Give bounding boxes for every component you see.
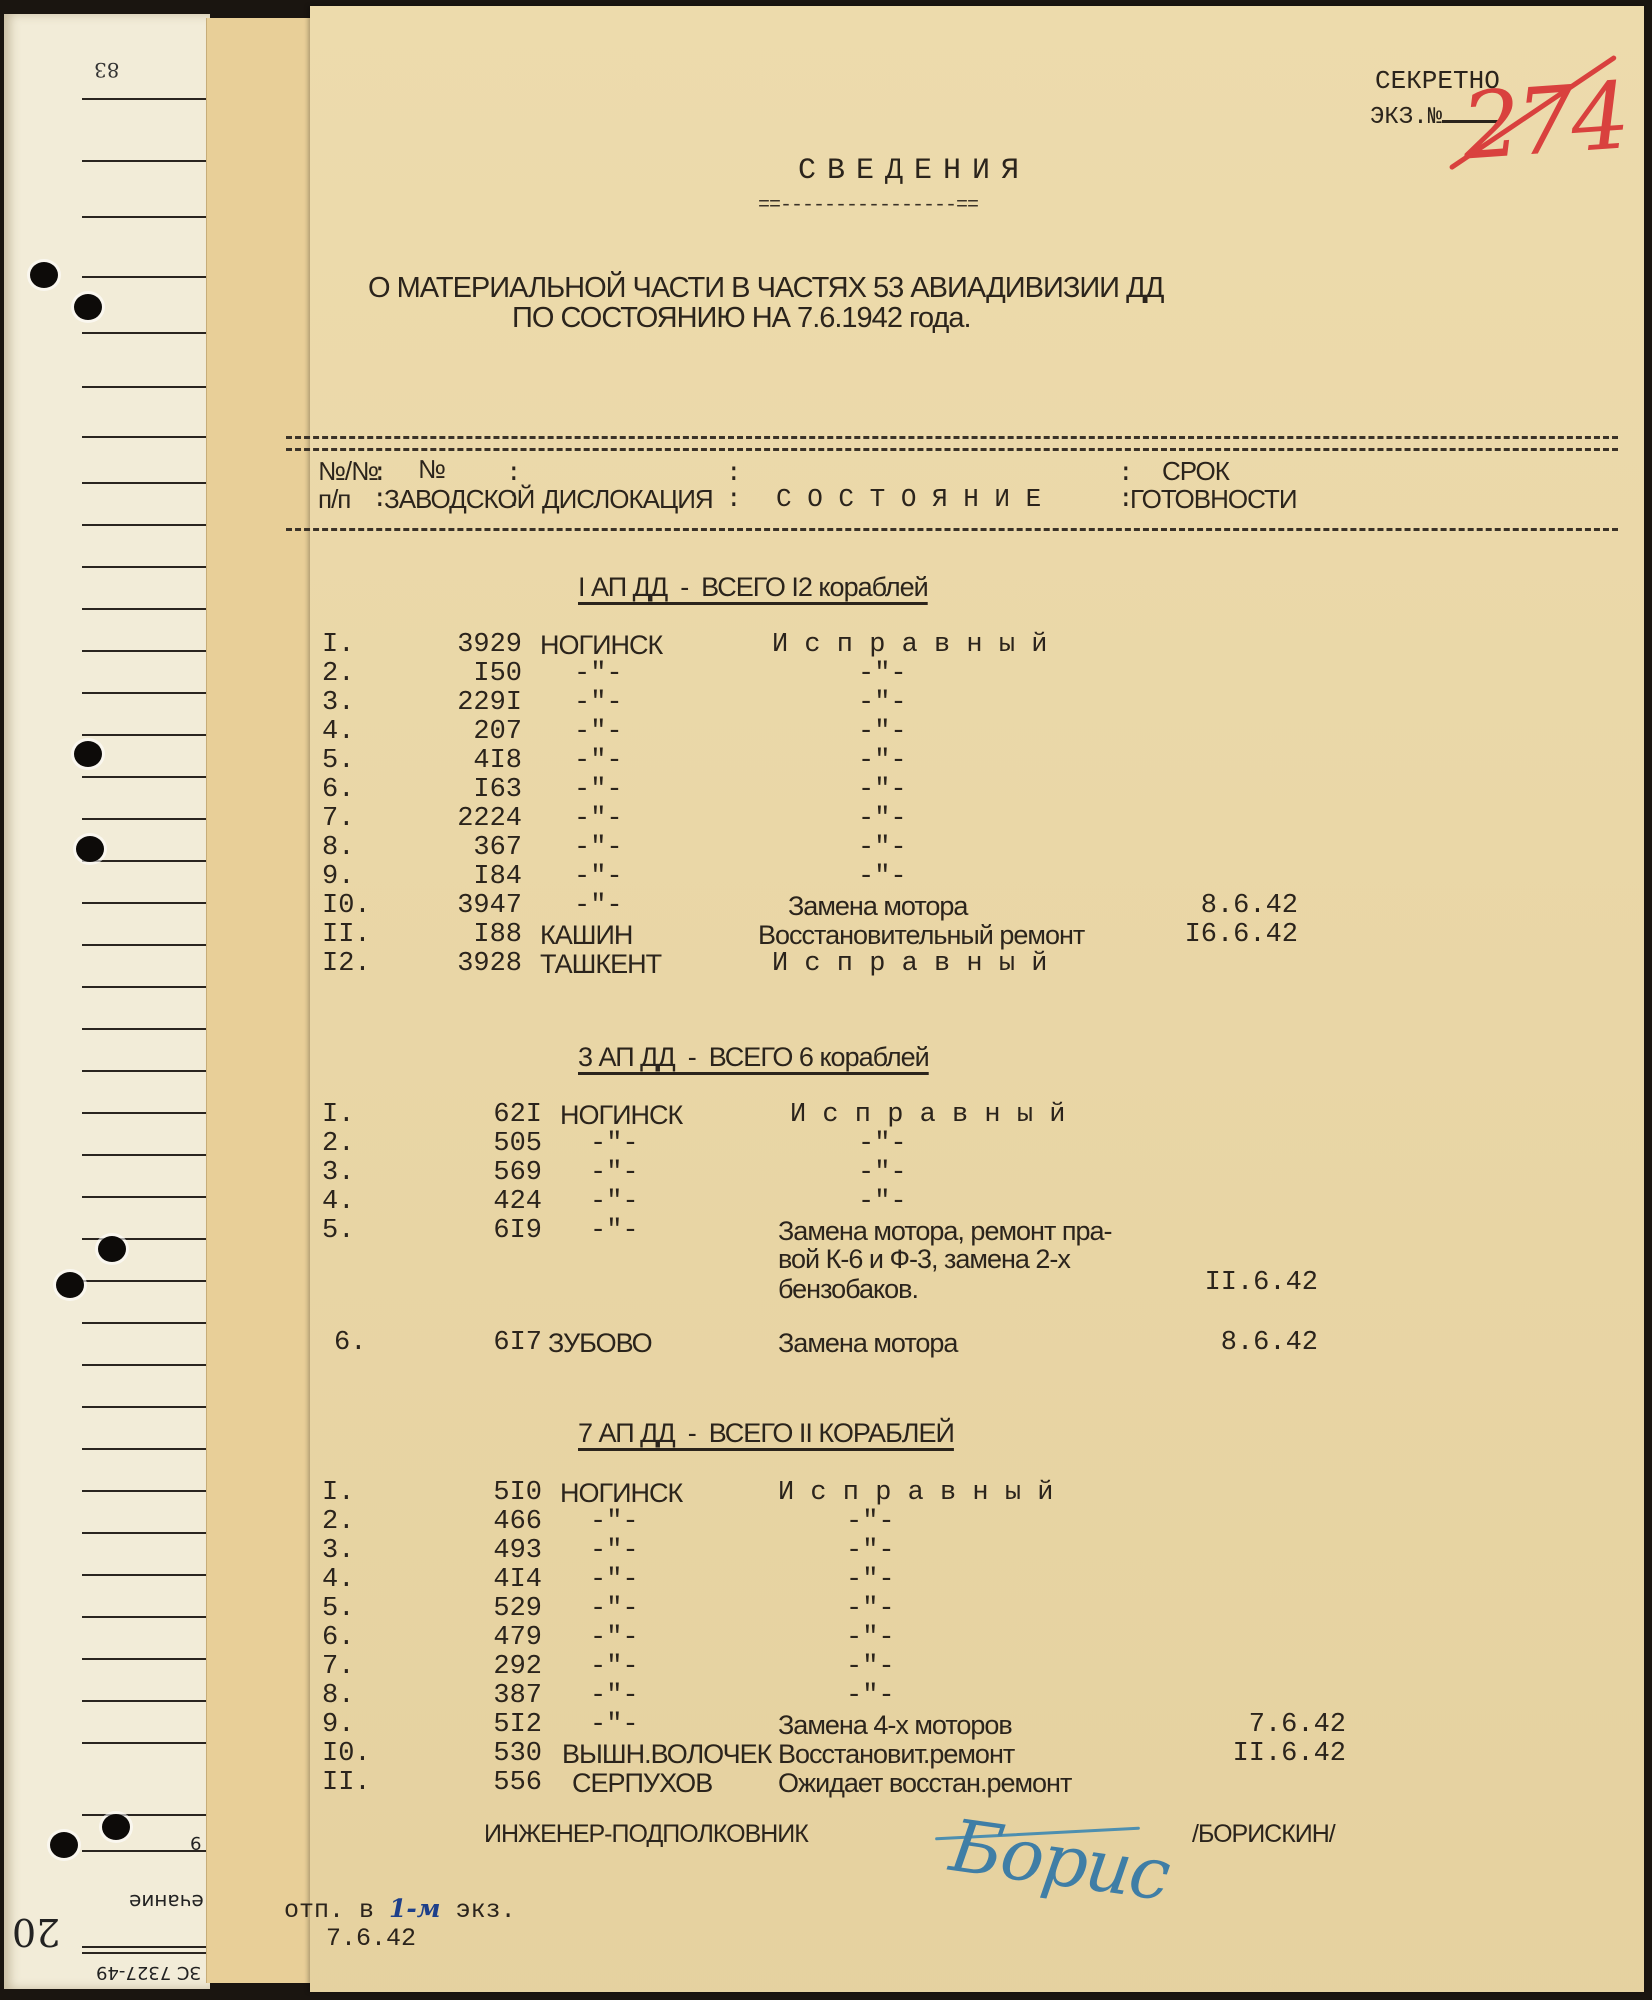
factory-number: 424 — [422, 1187, 542, 1217]
row-number: 7. — [322, 804, 354, 834]
factory-number: 556 — [422, 1768, 542, 1798]
row-number: 2. — [322, 659, 354, 689]
table-row: 3.229I-"--"- — [310, 688, 1644, 718]
location: -"- — [590, 1652, 639, 1682]
factory-number: 6I7 — [422, 1328, 542, 1358]
subtitle-line-2: ПО СОСТОЯНИЮ НА 7.6.1942 года. — [512, 302, 971, 335]
factory-number: 505 — [422, 1129, 542, 1159]
copies-note: отп. в 1-м экз. — [284, 1894, 516, 1925]
ledger-rule — [82, 1574, 210, 1576]
status: Ожидает восстан.ремонт — [778, 1768, 1071, 1799]
factory-number: 6I9 — [422, 1216, 542, 1246]
location: -"- — [590, 1681, 639, 1711]
location: НОГИНСК — [560, 1100, 682, 1131]
row-number: 5. — [322, 1216, 354, 1246]
ledger-rule — [82, 1946, 210, 1948]
table-row: 7.2224-"--"- — [310, 804, 1644, 834]
table-row: 9.I84-"--"- — [310, 862, 1644, 892]
section-title-3ap: 3 АП ДД - ВСЕГО 6 кораблей — [578, 1042, 929, 1073]
ledger-rule — [82, 1406, 210, 1408]
ledger-rule — [82, 1658, 210, 1660]
table-row: II.556СЕРПУХОВОжидает восстан.ремонт — [310, 1768, 1644, 1798]
status: -"- — [846, 1623, 895, 1653]
row-number: 2. — [322, 1507, 354, 1537]
table-row: 7.292-"--"- — [310, 1652, 1644, 1682]
status: И с п р а в н ы й — [778, 1478, 1053, 1508]
table-row: 5.6I9-"-Замена мотора, ремонт пра-вой К-… — [310, 1216, 1644, 1306]
table-header-top-rule — [286, 436, 1618, 451]
table-row: 5.4I8-"--"- — [310, 746, 1644, 776]
location: -"- — [574, 688, 623, 718]
status: -"- — [846, 1536, 895, 1566]
status: Восстановительный ремонт — [758, 920, 1084, 951]
status: -"- — [858, 775, 907, 805]
copy-label-text: ЭКЗ.№ — [1370, 104, 1442, 131]
status: -"- — [858, 1158, 907, 1188]
ledger-rule — [82, 386, 210, 388]
status: -"- — [858, 862, 907, 892]
ledger-rule — [82, 1742, 210, 1744]
location: -"- — [590, 1710, 639, 1740]
ledger-rule — [82, 1070, 210, 1072]
factory-number: 4I4 — [422, 1565, 542, 1595]
ledger-rule — [82, 332, 210, 334]
location: -"- — [590, 1565, 639, 1595]
table-row: 3.569-"--"- — [310, 1158, 1644, 1188]
status: -"- — [858, 804, 907, 834]
row-number: 5. — [322, 746, 354, 776]
row-number: 3. — [322, 1158, 354, 1188]
punch-hole — [98, 1236, 126, 1262]
factory-number: I84 — [402, 862, 522, 892]
row-number: I. — [322, 1478, 354, 1508]
table-row: 5.529-"--"- — [310, 1594, 1644, 1624]
location: -"- — [590, 1536, 639, 1566]
section-title-7ap: 7 АП ДД - ВСЕГО II КОРАБЛЕЙ — [578, 1418, 954, 1449]
table-row: I.62IНОГИНСКИ с п р а в н ы й — [310, 1100, 1644, 1130]
punch-hole — [56, 1272, 84, 1298]
table-row: 4.424-"--"- — [310, 1187, 1644, 1217]
table-row: I.5I0НОГИНСКИ с п р а в н ы й — [310, 1478, 1644, 1508]
copies-prefix: отп. в — [284, 1896, 374, 1925]
location: -"- — [590, 1216, 639, 1246]
signatory-rank: ИНЖЕНЕР-ПОДПОЛКОВНИК — [484, 1820, 808, 1849]
factory-number: 2224 — [402, 804, 522, 834]
punch-hole — [102, 1814, 130, 1840]
ledger-rule — [82, 650, 210, 652]
ledger-rule — [82, 436, 210, 438]
location: -"- — [574, 891, 623, 921]
status: Замена 4-х моторов — [778, 1710, 1012, 1741]
ledger-rule — [82, 692, 210, 694]
table-row: 8.367-"--"- — [310, 833, 1644, 863]
row-number: 4. — [322, 1565, 354, 1595]
table-row: 8.387-"--"- — [310, 1681, 1644, 1711]
col-number-header-2: п/п — [318, 484, 350, 515]
location: ВЫШН.ВОЛОЧЕК — [562, 1739, 771, 1770]
ledger-rule — [82, 860, 210, 862]
location: НОГИНСК — [540, 630, 662, 661]
status: -"- — [846, 1565, 895, 1595]
factory-number: 5I0 — [422, 1478, 542, 1508]
status: -"- — [858, 746, 907, 776]
ledger-rule — [82, 1196, 210, 1198]
location: -"- — [574, 833, 623, 863]
factory-number: 569 — [422, 1158, 542, 1188]
location: -"- — [590, 1158, 639, 1188]
ledger-rule — [82, 776, 210, 778]
copies-suffix: экз. — [456, 1896, 516, 1925]
subtitle-line-1: О МАТЕРИАЛЬНОЙ ЧАСТИ В ЧАСТЯХ 53 АВИАДИВ… — [368, 272, 1163, 305]
ledger-rule — [82, 1322, 210, 1324]
ledger-bottom-number: 20 — [12, 1910, 60, 1954]
status: И с п р а в н ы й — [790, 1100, 1065, 1130]
ready-date: II.6.42 — [1206, 1739, 1346, 1769]
status-line-2: вой К-6 и Ф-3, замена 2-х — [778, 1244, 1070, 1275]
ledger-rule — [82, 1532, 210, 1534]
ledger-rule — [82, 734, 210, 736]
table-header-bottom-rule — [286, 528, 1618, 531]
factory-number: 493 — [422, 1536, 542, 1566]
punch-hole — [50, 1832, 78, 1858]
ready-date: 8.6.42 — [1158, 891, 1298, 921]
status: И с п р а в н ы й — [772, 630, 1047, 660]
status: -"- — [846, 1594, 895, 1624]
ledger-card: 83 9 ечание 20 ЗС 7327-49 — [4, 14, 210, 1989]
factory-number: 3929 — [402, 630, 522, 660]
title-underline: ==----------------== — [758, 194, 978, 217]
factory-number: 3947 — [402, 891, 522, 921]
table-row: I0.530ВЫШН.ВОЛОЧЕКВосстановит.ремонтII.6… — [310, 1739, 1644, 1769]
col-readiness-header: СРОК — [1162, 456, 1229, 487]
row-number: I2. — [322, 949, 371, 979]
ledger-rule — [82, 1952, 210, 1954]
factory-number: 367 — [402, 833, 522, 863]
row-number: I0. — [322, 891, 371, 921]
handwritten-registration-number: 274 — [1458, 62, 1629, 180]
punch-hole — [74, 294, 102, 320]
factory-number: 229I — [402, 688, 522, 718]
status-line-1: Замена мотора, ремонт пра- — [778, 1216, 1111, 1247]
row-number: I. — [322, 630, 354, 660]
factory-number: 466 — [422, 1507, 542, 1537]
status-line-3: бензобаков. — [778, 1274, 918, 1305]
ready-date: 7.6.42 — [1206, 1710, 1346, 1740]
row-number: I0. — [322, 1739, 371, 1769]
row-number: 7. — [322, 1652, 354, 1682]
factory-number: 387 — [422, 1681, 542, 1711]
row-number: 6. — [334, 1328, 366, 1358]
status: -"- — [858, 688, 907, 718]
ledger-rule — [82, 1814, 210, 1816]
ledger-rule — [82, 1112, 210, 1114]
row-number: 4. — [322, 1187, 354, 1217]
table-row: 6.479-"--"- — [310, 1623, 1644, 1653]
ledger-rule — [82, 160, 210, 162]
ledger-small-digit: 9 — [190, 1832, 201, 1853]
row-number: 6. — [322, 1623, 354, 1653]
col-number-line1: №/№ — [318, 456, 378, 486]
location: -"- — [574, 775, 623, 805]
status: Восстановит.ремонт — [778, 1739, 1014, 1770]
punch-hole — [74, 741, 102, 767]
ledger-rule — [82, 1448, 210, 1450]
column-separator: : — [726, 484, 742, 514]
ready-date: II.6.42 — [1178, 1268, 1318, 1298]
table-row: I.3929НОГИНСКИ с п р а в н ы й — [310, 630, 1644, 660]
ledger-rule — [82, 1280, 210, 1282]
copies-date: 7.6.42 — [326, 1924, 416, 1953]
row-number: II. — [322, 920, 371, 950]
section-title-1ap: I АП ДД - ВСЕГО I2 кораблей — [578, 572, 928, 603]
copies-handwritten: 1-м — [389, 1894, 441, 1923]
col-readiness-header-2: ГОТОВНОСТИ — [1130, 484, 1297, 515]
ledger-rule — [82, 902, 210, 904]
table-row: I2.3928ТАШКЕНТИ с п р а в н ы й — [310, 949, 1644, 979]
row-number: I. — [322, 1100, 354, 1130]
row-number: 8. — [322, 833, 354, 863]
location: -"- — [590, 1594, 639, 1624]
status: -"- — [858, 717, 907, 747]
ledger-word: ечание — [129, 1890, 204, 1914]
row-number: 8. — [322, 1681, 354, 1711]
ledger-rule — [82, 1490, 210, 1492]
location: -"- — [590, 1129, 639, 1159]
ready-date: I6.6.42 — [1158, 920, 1298, 950]
location: -"- — [590, 1507, 639, 1537]
table-row: II.I88КАШИНВосстановительный ремонтI6.6.… — [310, 920, 1644, 950]
ledger-rule — [82, 1616, 210, 1618]
table-row: 4.207-"--"- — [310, 717, 1644, 747]
factory-number: 479 — [422, 1623, 542, 1653]
factory-number: 292 — [422, 1652, 542, 1682]
status: -"- — [858, 659, 907, 689]
location: КАШИН — [540, 920, 632, 951]
status: И с п р а в н ы й — [772, 949, 1047, 979]
row-number: 3. — [322, 688, 354, 718]
ledger-rule — [82, 276, 210, 278]
col-number-header: №/№ — [318, 456, 378, 487]
punch-hole — [76, 836, 104, 862]
status: -"- — [846, 1652, 895, 1682]
ledger-rule — [82, 98, 210, 100]
table-row: 3.493-"--"- — [310, 1536, 1644, 1566]
status: -"- — [858, 833, 907, 863]
factory-number: 207 — [402, 717, 522, 747]
handwritten-signature: Борис — [945, 1803, 1174, 1917]
location: ЗУБОВО — [548, 1328, 652, 1359]
row-number: 5. — [322, 1594, 354, 1624]
status: -"- — [858, 1187, 907, 1217]
ready-date: 8.6.42 — [1178, 1328, 1318, 1358]
ledger-rule — [82, 1154, 210, 1156]
factory-number: 4I8 — [402, 746, 522, 776]
column-separator: : — [506, 484, 522, 514]
location: СЕРПУХОВ — [572, 1768, 712, 1799]
location: НОГИНСК — [560, 1478, 682, 1509]
document-page: СЕКРЕТНО ЭКЗ.№ 274 СВЕДЕНИЯ ==----------… — [310, 6, 1644, 1992]
status: -"- — [858, 1129, 907, 1159]
status: Замена мотора — [788, 891, 967, 922]
location: -"- — [574, 717, 623, 747]
signatory-name: /БОРИСКИН/ — [1192, 1820, 1335, 1849]
table-row: 6.I63-"--"- — [310, 775, 1644, 805]
document-title: СВЕДЕНИЯ — [798, 154, 1030, 188]
row-number: 2. — [322, 1129, 354, 1159]
ledger-rule — [82, 818, 210, 820]
col-factory-header: № — [418, 454, 445, 485]
row-number: II. — [322, 1768, 371, 1798]
location: -"- — [574, 746, 623, 776]
row-number: 4. — [322, 717, 354, 747]
table-row: 4.4I4-"--"- — [310, 1565, 1644, 1595]
punch-hole — [30, 262, 58, 288]
ledger-rule — [82, 986, 210, 988]
ledger-rule — [82, 1700, 210, 1702]
binding-strip — [206, 18, 315, 1983]
ledger-rule — [82, 1028, 210, 1030]
ledger-rule — [82, 1364, 210, 1366]
location: -"- — [574, 659, 623, 689]
table-row: 2.I50-"--"- — [310, 659, 1644, 689]
factory-number: 529 — [422, 1594, 542, 1624]
ledger-rule — [82, 608, 210, 610]
ledger-rule — [82, 524, 210, 526]
factory-number: 3928 — [402, 949, 522, 979]
factory-number: I50 — [402, 659, 522, 689]
location: -"- — [574, 804, 623, 834]
status: -"- — [846, 1681, 895, 1711]
table-row: I0.3947-"-Замена мотора8.6.42 — [310, 891, 1644, 921]
status: Замена мотора — [778, 1328, 957, 1359]
ledger-rule — [82, 216, 210, 218]
table-row: 9.5I2-"-Замена 4-х моторов7.6.42 — [310, 1710, 1644, 1740]
factory-number: 530 — [422, 1739, 542, 1769]
table-row: 2.505-"--"- — [310, 1129, 1644, 1159]
col-location-header: ДИСЛОКАЦИЯ — [542, 484, 713, 515]
table-row: 6.6I7ЗУБОВОЗамена мотора8.6.42 — [310, 1328, 1644, 1358]
ledger-rule — [82, 944, 210, 946]
location: ТАШКЕНТ — [540, 949, 661, 980]
factory-number: I63 — [402, 775, 522, 805]
location: -"- — [590, 1187, 639, 1217]
col-status-header: С О С Т О Я Н И Е — [776, 484, 1041, 514]
row-number: 3. — [322, 1536, 354, 1566]
ledger-rule — [82, 566, 210, 568]
factory-number: I88 — [402, 920, 522, 950]
ledger-page-number: 83 — [94, 58, 119, 82]
factory-number: 5I2 — [422, 1710, 542, 1740]
table-row: 2.466-"--"- — [310, 1507, 1644, 1537]
location: -"- — [574, 862, 623, 892]
row-number: 9. — [322, 1710, 354, 1740]
status: -"- — [846, 1507, 895, 1537]
ledger-rule — [82, 482, 210, 484]
location: -"- — [590, 1623, 639, 1653]
row-number: 9. — [322, 862, 354, 892]
ledger-code: ЗС 7327-49 — [96, 1962, 201, 1983]
factory-number: 62I — [422, 1100, 542, 1130]
row-number: 6. — [322, 775, 354, 805]
